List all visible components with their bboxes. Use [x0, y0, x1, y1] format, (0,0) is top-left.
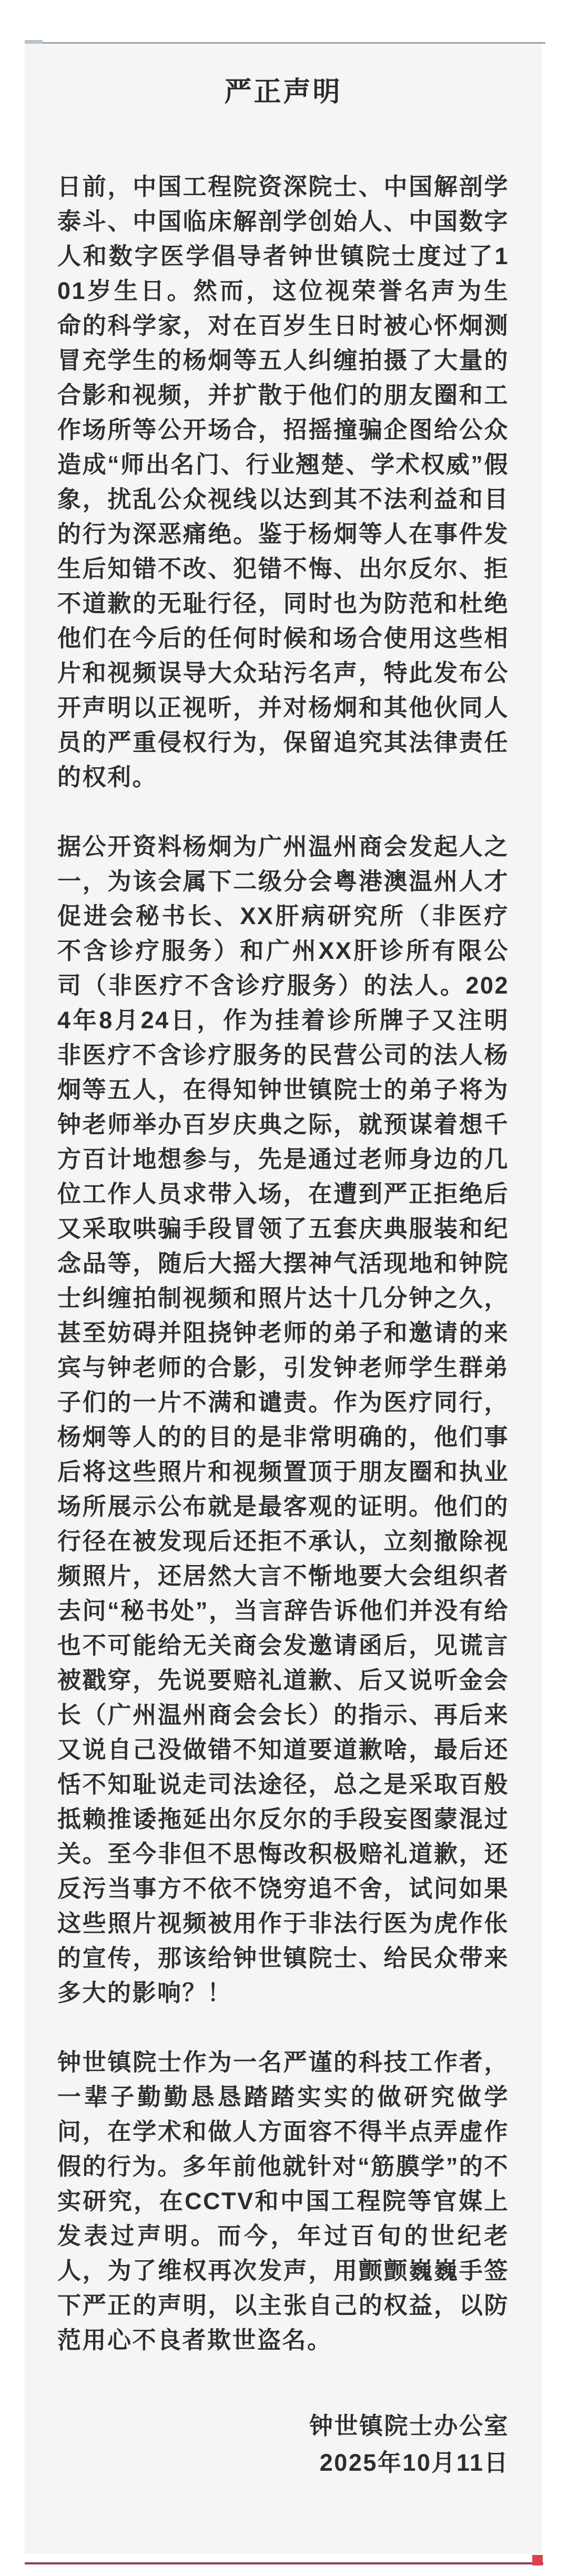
statement-paragraph-3: 钟世镇院士作为一名严谨的科技工作者，一辈子勤勤恳恳踏踏实实的做研究做学问，在学术…: [57, 2045, 509, 2358]
scrollbar-thumb-bottom[interactable]: [532, 2555, 543, 2565]
signature-office: 钟世镇院士办公室: [57, 2408, 509, 2444]
signature-date: 2025年10月11日: [57, 2444, 509, 2481]
statement-paragraph-2: 据公开资料杨炯为广州温州商会发起人之一，为该会属下二级分会粤港澳温州人才促进会秘…: [57, 829, 509, 2010]
signature-block: 钟世镇院士办公室 2025年10月11日: [57, 2408, 509, 2481]
scrollbar-track-bottom[interactable]: [25, 2562, 543, 2564]
statement-title: 严正声明: [57, 75, 509, 108]
statement-paragraph-1: 日前，中国工程院资深院士、中国解剖学泰斗、中国临床解剖学创始人、中国数字人和数字…: [57, 169, 509, 795]
document-page: 严正声明 日前，中国工程院资深院士、中国解剖学泰斗、中国临床解剖学创始人、中国数…: [0, 0, 568, 2576]
statement-card: 严正声明 日前，中国工程院资深院士、中国解剖学泰斗、中国临床解剖学创始人、中国数…: [25, 44, 542, 2554]
